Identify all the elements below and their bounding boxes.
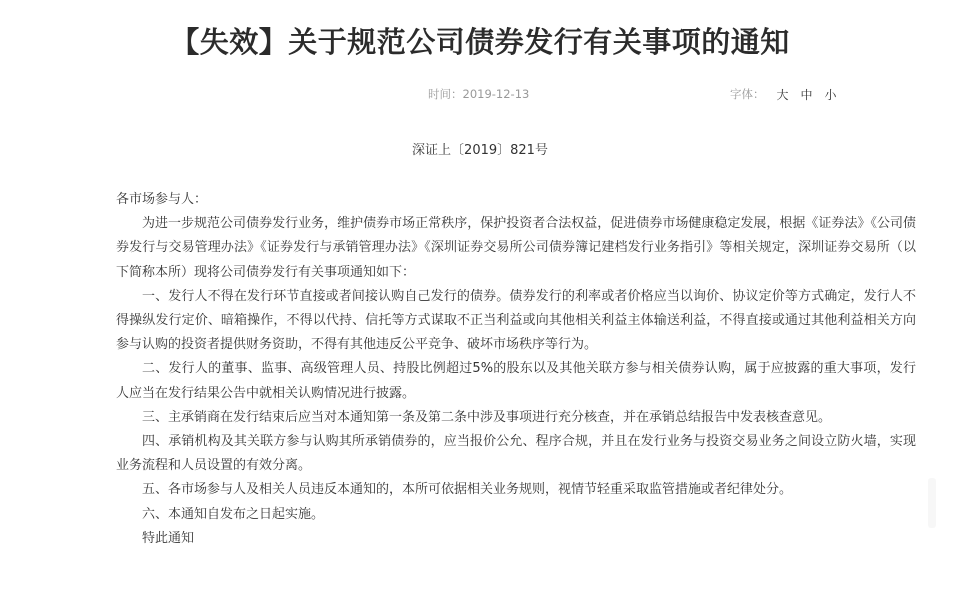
closing-line: 特此通知: [116, 527, 916, 551]
paragraph-intro: 为进一步规范公司债券发行业务，维护债券市场正常秩序，保护投资者合法权益，促进债券…: [116, 212, 916, 285]
document-number: 深证上〔2019〕821号: [0, 139, 960, 158]
font-size-small-button[interactable]: 小: [825, 86, 837, 103]
time-label: 时间：: [428, 87, 463, 101]
paragraph-item-5: 五、各市场参与人及相关人员违反本通知的，本所可依据相关业务规则，视情节轻重采取监…: [116, 478, 916, 502]
side-float-tab[interactable]: [928, 478, 936, 528]
paragraph-item-4: 四、承销机构及其关联方参与认购其所承销债券的，应当报价公允、程序合规，并且在发行…: [116, 430, 916, 478]
font-size-label: 字体：: [730, 86, 765, 103]
time-value: 2019-12-13: [463, 87, 530, 101]
publish-time: 时间：2019-12-13: [428, 86, 529, 102]
font-size-medium-button[interactable]: 中: [801, 86, 813, 103]
font-size-large-button[interactable]: 大: [777, 86, 789, 103]
paragraph-item-6: 六、本通知自发布之日起实施。: [116, 503, 916, 527]
article-body: 各市场参与人： 为进一步规范公司债券发行业务，维护债券市场正常秩序，保护投资者合…: [116, 188, 916, 551]
article-title: 【失效】关于规范公司债券发行有关事项的通知: [0, 22, 960, 62]
salutation: 各市场参与人：: [116, 188, 916, 212]
font-size-switcher: 字体： 大 中 小: [730, 86, 837, 103]
paragraph-item-3: 三、主承销商在发行结束后应当对本通知第一条及第二条中涉及事项进行充分核查，并在承…: [116, 406, 916, 430]
paragraph-item-2: 二、发行人的董事、监事、高级管理人员、持股比例超过5%的股东以及其他关联方参与相…: [116, 357, 916, 405]
paragraph-item-1: 一、发行人不得在发行环节直接或者间接认购自己发行的债券。债券发行的利率或者价格应…: [116, 285, 916, 358]
